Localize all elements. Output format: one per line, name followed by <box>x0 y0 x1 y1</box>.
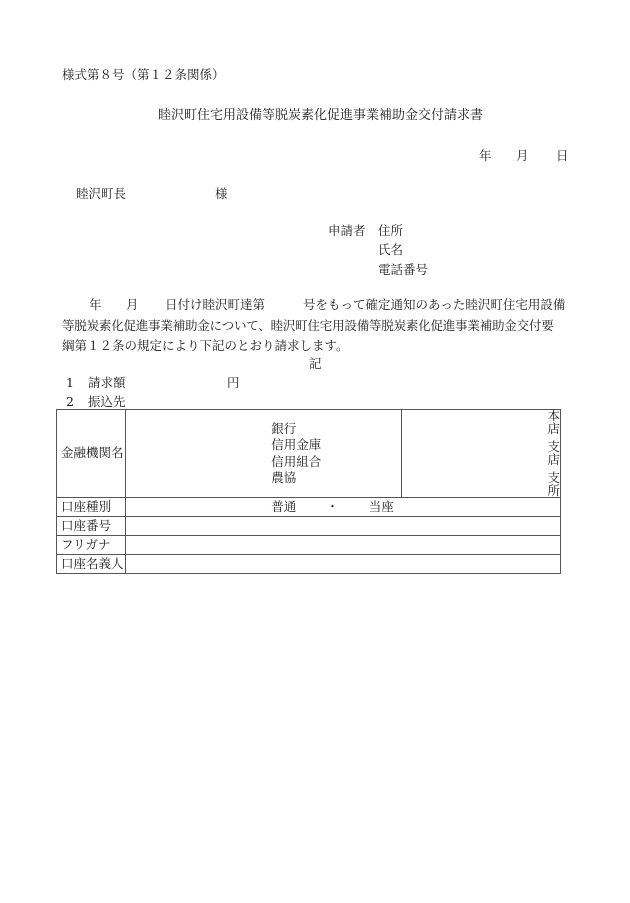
ki-heading: 記 <box>309 358 322 371</box>
branch-type-branch: 支店 <box>547 441 560 466</box>
applicant-address-label: 住所 <box>378 225 403 238</box>
account-number-label: 口座番号 <box>57 517 126 536</box>
account-type-label: 口座種別 <box>57 498 126 517</box>
applicant-name-label: 氏名 <box>378 244 403 257</box>
body-year: 年 <box>89 299 102 312</box>
account-type-toza[interactable]: 当座 <box>369 499 394 514</box>
date-month: 月 <box>516 150 529 163</box>
item-1-label: 請求額 <box>88 377 126 390</box>
item-1-number: 1 <box>66 377 74 390</box>
institution-types: 銀行 信用金庫 信用組合 農協 <box>271 423 401 485</box>
body-line3: 綱第１２条の規定により下記のとおり請求します。 <box>62 340 349 353</box>
date-day: 日 <box>556 150 569 163</box>
applicant-label: 申請者 <box>328 225 366 238</box>
holder-cell[interactable] <box>126 555 561 574</box>
holder-row: 口座名義人 <box>57 555 561 574</box>
account-number-row: 口座番号 <box>57 517 561 536</box>
institution-type-shinkin: 信用金庫 <box>271 439 401 452</box>
addressee-name: 睦沢町長 <box>76 188 126 201</box>
body-day-text: 日付け睦沢町達第 <box>165 299 265 312</box>
institution-type-nokyo: 農協 <box>271 472 401 485</box>
furigana-label: フリガナ <box>57 536 126 555</box>
institution-label: 金融機関名 <box>57 410 126 498</box>
branch-types: 本店 支店 支所 <box>547 410 560 497</box>
bank-account-table: 金融機関名 銀行 信用金庫 信用組合 農協 本店 支店 支所 口座種別 普通 ・… <box>56 409 561 574</box>
furigana-cell[interactable] <box>126 536 561 555</box>
page-title: 睦沢町住宅用設備等脱炭素化促進事業補助金交付請求書 <box>158 109 483 122</box>
institution-name-cell[interactable]: 銀行 信用金庫 信用組合 農協 <box>126 410 402 498</box>
date-year: 年 <box>479 150 492 163</box>
branch-name-cell[interactable]: 本店 支店 支所 <box>402 410 561 498</box>
body-line1-rest: 号をもって確定通知のあった睦沢町住宅用設備 <box>303 299 565 312</box>
body-month: 月 <box>126 299 139 312</box>
applicant-phone-label: 電話番号 <box>378 264 428 277</box>
form-number: 様式第８号（第１２条関係） <box>62 69 225 82</box>
addressee-honorific: 様 <box>215 188 228 201</box>
branch-type-office: 支所 <box>547 472 560 497</box>
institution-row: 金融機関名 銀行 信用金庫 信用組合 農協 本店 支店 支所 <box>57 410 561 498</box>
institution-type-bank: 銀行 <box>271 423 401 436</box>
item-2-number: 2 <box>66 396 74 409</box>
account-type-separator: ・ <box>326 499 339 514</box>
body-line2: 等脱炭素化促進事業補助金について、睦沢町住宅用設備等脱炭素化促進事業補助金交付要 <box>62 320 554 333</box>
account-type-row: 口座種別 普通 ・ 当座 <box>57 498 561 517</box>
holder-label: 口座名義人 <box>57 555 126 574</box>
account-type-cell[interactable]: 普通 ・ 当座 <box>126 498 561 517</box>
account-type-futsu[interactable]: 普通 <box>271 499 296 514</box>
item-2-label: 振込先 <box>88 396 126 409</box>
institution-type-kumiai: 信用組合 <box>271 456 401 469</box>
account-number-cell[interactable] <box>126 517 561 536</box>
branch-type-head: 本店 <box>547 410 560 435</box>
furigana-row: フリガナ <box>57 536 561 555</box>
item-1-suffix: 円 <box>227 377 240 390</box>
